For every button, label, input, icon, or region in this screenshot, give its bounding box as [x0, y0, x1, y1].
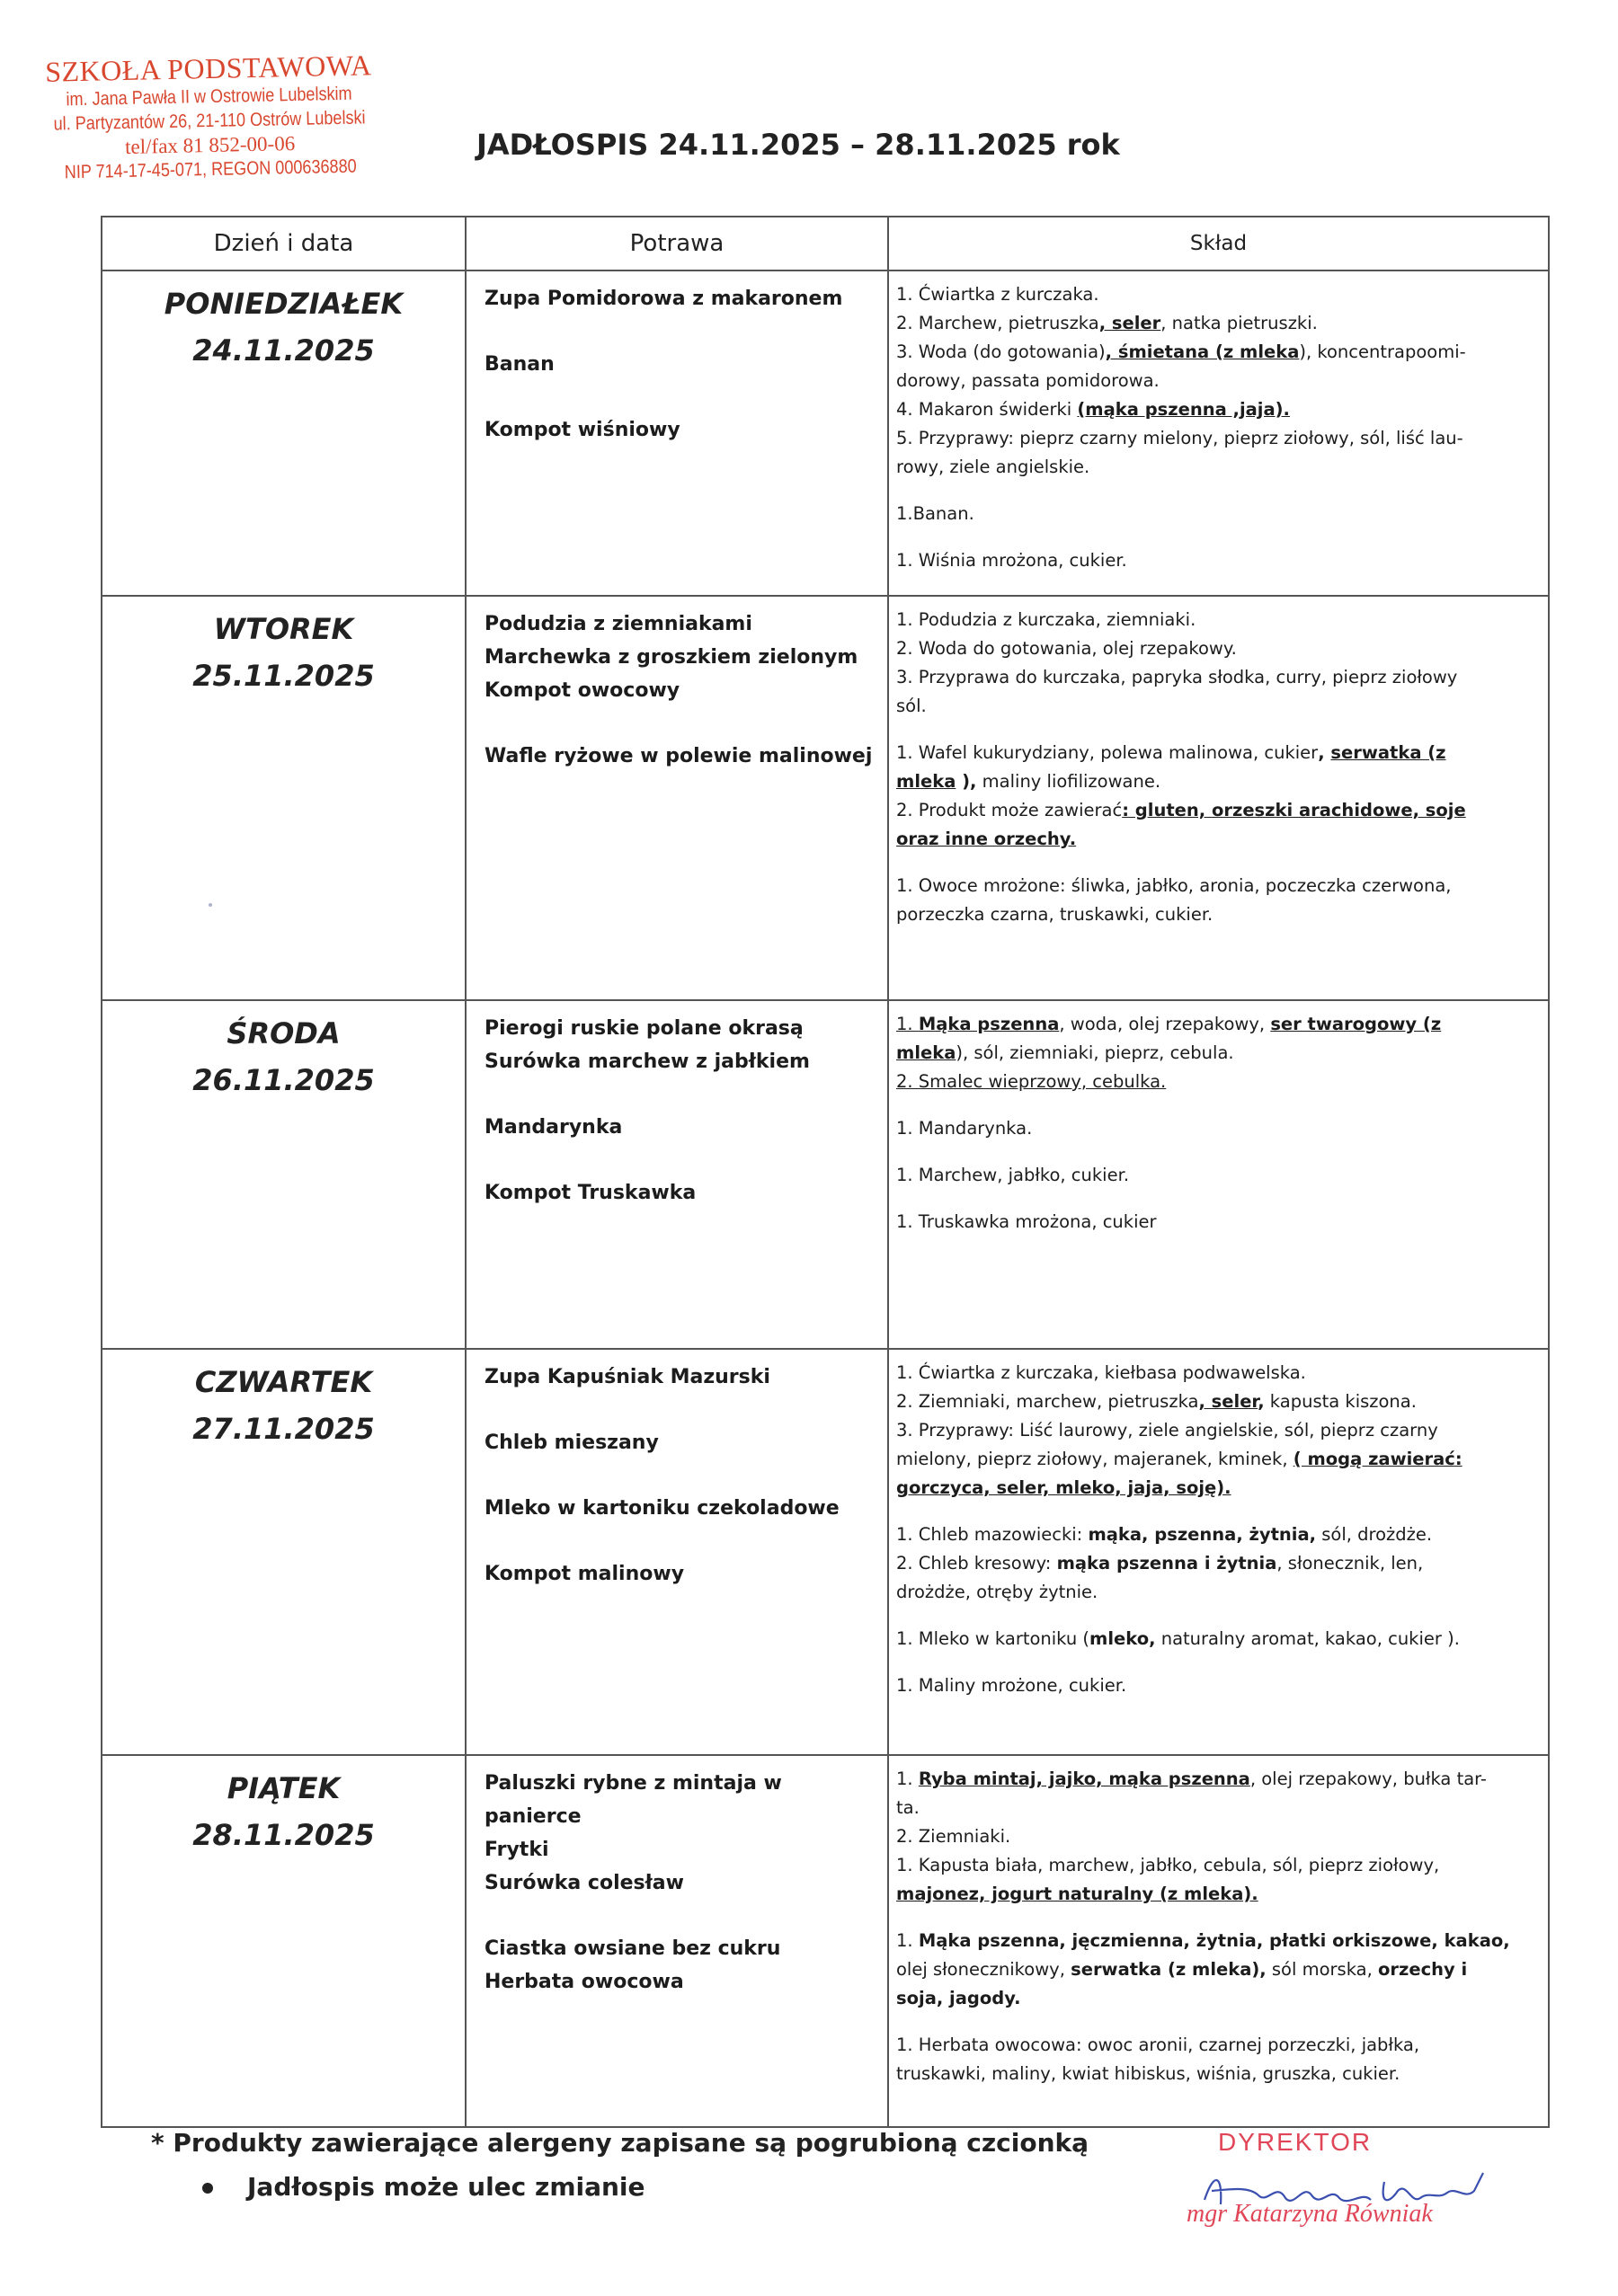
- ingredient-group: 1. Ćwiartka z kurczaka.2. Marchew, pietr…: [896, 280, 1535, 482]
- dish-item: Ciastka owsiane bez cukru: [485, 1932, 878, 1965]
- dish-item: Paluszki rybne z mintaja w panierce: [485, 1767, 878, 1833]
- dish-item: Banan: [485, 348, 878, 381]
- ingredient-group: 1. Wafel kukurydziany, polewa malinowa, …: [896, 739, 1535, 854]
- day-cell: CZWARTEK27.11.2025: [102, 1349, 466, 1755]
- ingredient-text: olej słonecznikowy,: [896, 1959, 1071, 1980]
- ingredient-text: 1. Ćwiartka z kurczaka.: [896, 284, 1099, 305]
- day-name: WTOREK: [103, 606, 464, 652]
- ingredient-text: , słonecznik, len,: [1276, 1553, 1423, 1574]
- allergen-text: mąka pszenna i żytnia: [1057, 1553, 1277, 1574]
- dishes-cell: Paluszki rybne z mintaja w panierceFrytk…: [466, 1755, 888, 2127]
- dish-item: Chleb mieszany: [485, 1426, 878, 1459]
- header-row: Dzień i data Potrawa Skład: [102, 217, 1549, 270]
- ingredient-line: mleka ), maliny liofilizowane.: [896, 767, 1535, 796]
- ingredient-text: ), koncentrapoomi-: [1299, 341, 1465, 362]
- allergen-text: : gluten, orzeszki arachidowe, soje: [1122, 800, 1466, 820]
- ingredient-group: 1.Banan.: [896, 500, 1535, 528]
- ingredient-text: truskawki, maliny, kwiat hibiskus, wiśni…: [896, 2063, 1400, 2084]
- allergen-text: serwatka (z: [1330, 742, 1445, 763]
- ingredient-line: 1. Wafel kukurydziany, polewa malinowa, …: [896, 739, 1535, 767]
- ingredient-line: 1. Ćwiartka z kurczaka.: [896, 280, 1535, 309]
- day-row: ŚRODA26.11.2025Pierogi ruskie polane okr…: [102, 1000, 1549, 1349]
- allergen-text: , śmietana (z mleka: [1106, 341, 1300, 362]
- dish-item: Kompot wiśniowy: [485, 413, 878, 447]
- ingredient-text: 2. Ziemniaki, marchew, pietruszka: [896, 1391, 1198, 1412]
- ingredients-cell: 1. Ćwiartka z kurczaka, kiełbasa podwawe…: [888, 1349, 1549, 1755]
- allergen-text: Ryba mintaj, jajko, mąka pszenna: [919, 1769, 1250, 1789]
- ingredient-text: drożdże, otręby żytnie.: [896, 1582, 1098, 1602]
- allergen-text: gorczyca, seler, mleko, jaja, soję).: [896, 1477, 1231, 1498]
- ingredient-line: 2. Woda do gotowania, olej rzepakowy.: [896, 634, 1535, 663]
- ingredient-text: 1. Marchew, jabłko, cukier.: [896, 1165, 1129, 1185]
- dish-item: Surówka colesław: [485, 1866, 878, 1900]
- allergen-text: soja, jagody.: [896, 1988, 1021, 2008]
- dish-item: Marchewka z groszkiem zielonym: [485, 641, 878, 674]
- ingredient-text: porzeczka czarna, truskawki, cukier.: [896, 904, 1213, 925]
- day-cell: ŚRODA26.11.2025: [102, 1000, 466, 1349]
- ingredient-line: dorowy, passata pomidorowa.: [896, 367, 1535, 395]
- ingredient-text: 1. Wiśnia mrożona, cukier.: [896, 550, 1127, 571]
- ingredient-group: 1. Ryba mintaj, jajko, mąka pszenna, ole…: [896, 1765, 1535, 1909]
- ingredients-cell: 1. Ryba mintaj, jajko, mąka pszenna, ole…: [888, 1755, 1549, 2127]
- ingredient-line: 1. Chleb mazowiecki: mąka, pszenna, żytn…: [896, 1520, 1535, 1549]
- ingredient-text: dorowy, passata pomidorowa.: [896, 370, 1160, 391]
- school-stamp: SZKOŁA PODSTAWOWA im. Jana Pawła II w Os…: [24, 49, 396, 186]
- allergen-text: (mąka pszenna ,jaja).: [1077, 399, 1290, 420]
- ingredient-text: sól morska,: [1267, 1959, 1378, 1980]
- director-name: mgr Katarzyna Równiak: [1187, 2200, 1433, 2229]
- ingredient-text: 2. Smalec wieprzowy, cebulka.: [896, 1071, 1166, 1092]
- dish-item: Kompot Truskawka: [485, 1176, 878, 1210]
- ingredient-text: 1.: [896, 1014, 919, 1034]
- allergen-text: oraz inne orzechy.: [896, 829, 1076, 849]
- ingredient-line: 1.Banan.: [896, 500, 1535, 528]
- ingredient-line: porzeczka czarna, truskawki, cukier.: [896, 900, 1535, 929]
- dish-item: Podudzia z ziemniakami: [485, 607, 878, 641]
- day-date: 27.11.2025: [103, 1405, 464, 1452]
- ingredient-line: 3. Przyprawy: Liść laurowy, ziele angiel…: [896, 1416, 1535, 1445]
- ingredient-text: rowy, ziele angielskie.: [896, 457, 1089, 477]
- ingredient-line: 5. Przyprawy: pieprz czarny mielony, pie…: [896, 424, 1535, 453]
- ingredient-text: 1.: [896, 1769, 919, 1789]
- ingredient-line: 1. Mąka pszenna, jęczmienna, żytnia, pła…: [896, 1927, 1535, 1955]
- ingredient-text: , natka pietruszki.: [1160, 313, 1318, 333]
- ingredient-line: 2. Produkt może zawierać: gluten, orzesz…: [896, 796, 1535, 825]
- ingredient-group: 1. Owoce mrożone: śliwka, jabłko, aronia…: [896, 872, 1535, 929]
- ingredient-group: 1. Mleko w kartoniku (mleko, naturalny a…: [896, 1625, 1535, 1653]
- ingredient-text: 2. Marchew, pietruszka: [896, 313, 1099, 333]
- ingredient-line: 1. Truskawka mrożona, cukier: [896, 1208, 1535, 1237]
- day-row: CZWARTEK27.11.2025Zupa Kapuśniak Mazursk…: [102, 1349, 1549, 1755]
- allergen-text: Mąka pszenna, jęczmienna, żytnia, płatki…: [919, 1930, 1510, 1951]
- ingredient-group: 1. Ćwiartka z kurczaka, kiełbasa podwawe…: [896, 1359, 1535, 1503]
- day-date: 24.11.2025: [103, 327, 464, 374]
- day-name: PONIEDZIAŁEK: [103, 280, 464, 327]
- allergen-text: ),: [956, 771, 976, 792]
- ingredient-line: 4. Makaron świderki (mąka pszenna ,jaja)…: [896, 395, 1535, 424]
- day-cell: WTOREK25.11.2025: [102, 596, 466, 1000]
- ingredient-line: majonez, jogurt naturalny (z mleka).: [896, 1880, 1535, 1909]
- ingredient-line: 2. Ziemniaki.: [896, 1822, 1535, 1851]
- ingredient-text: 1. Ćwiartka z kurczaka, kiełbasa podwawe…: [896, 1362, 1306, 1383]
- dishes-cell: Podudzia z ziemniakamiMarchewka z groszk…: [466, 596, 888, 1000]
- ingredient-text: mielony, pieprz ziołowy, majeranek, kmin…: [896, 1449, 1294, 1469]
- ingredient-text: sól.: [896, 696, 927, 716]
- day-cell: PIĄTEK28.11.2025: [102, 1755, 466, 2127]
- ingredient-text: 1. Wafel kukurydziany, polewa malinowa, …: [896, 742, 1318, 763]
- ingredient-group: 1. Mandarynka.: [896, 1114, 1535, 1143]
- dishes-cell: Zupa Kapuśniak MazurskiChleb mieszanyMle…: [466, 1349, 888, 1755]
- ingredient-line: mielony, pieprz ziołowy, majeranek, kmin…: [896, 1445, 1535, 1474]
- ingredient-text: 1. Mandarynka.: [896, 1118, 1032, 1139]
- dish-item: Surówka marchew z jabłkiem: [485, 1045, 878, 1078]
- ingredient-text: 5. Przyprawy: pieprz czarny mielony, pie…: [896, 428, 1463, 448]
- ingredient-text: sól, drożdże.: [1316, 1524, 1432, 1545]
- ingredient-line: 1. Wiśnia mrożona, cukier.: [896, 546, 1535, 575]
- ingredient-text: 1.Banan.: [896, 503, 974, 524]
- dish-item: Kompot malinowy: [485, 1557, 878, 1591]
- ingredient-text: 1. Kapusta biała, marchew, jabłko, cebul…: [896, 1855, 1439, 1875]
- allergen-text: ,: [1318, 742, 1330, 763]
- day-row: PONIEDZIAŁEK24.11.2025Zupa Pomidorowa z …: [102, 270, 1549, 596]
- ingredient-group: 1. Herbata owocowa: owoc aronii, czarnej…: [896, 2031, 1535, 2088]
- bullet-icon: [202, 2183, 213, 2194]
- dish-item: Pierogi ruskie polane okrasą: [485, 1012, 878, 1045]
- scan-speck: [209, 903, 212, 907]
- day-name: PIĄTEK: [103, 1765, 464, 1812]
- ingredient-text: 3. Przyprawa do kurczaka, papryka słodka…: [896, 667, 1457, 687]
- ingredient-line: soja, jagody.: [896, 1984, 1535, 2013]
- allergen-text: , seler: [1099, 313, 1161, 333]
- day-cell: PONIEDZIAŁEK24.11.2025: [102, 270, 466, 596]
- director-title: DYREKTOR: [1218, 2128, 1372, 2157]
- ingredient-text: 1. Herbata owocowa: owoc aronii, czarnej…: [896, 2034, 1419, 2055]
- dish-item: Mandarynka: [485, 1111, 878, 1144]
- day-date: 26.11.2025: [103, 1057, 464, 1104]
- ingredient-line: drożdże, otręby żytnie.: [896, 1578, 1535, 1607]
- ingredient-group: 1. Mąka pszenna, jęczmienna, żytnia, pła…: [896, 1927, 1535, 2013]
- dishes-cell: Zupa Pomidorowa z makaronemBananKompot w…: [466, 270, 888, 596]
- ingredient-line: 1. Owoce mrożone: śliwka, jabłko, aronia…: [896, 872, 1535, 900]
- ingredient-group: 1. Podudzia z kurczaka, ziemniaki.2. Wod…: [896, 606, 1535, 721]
- page-title: JADŁOSPIS 24.11.2025 – 28.11.2025 rok: [476, 128, 1120, 162]
- dish-item: Herbata owocowa: [485, 1965, 878, 1999]
- allergen-text: mleko,: [1089, 1628, 1155, 1649]
- ingredient-line: 1. Mleko w kartoniku (mleko, naturalny a…: [896, 1625, 1535, 1653]
- ingredient-text: kapusta kiszona.: [1265, 1391, 1417, 1412]
- ingredient-line: 2. Chleb kresowy: mąka pszenna i żytnia,…: [896, 1549, 1535, 1578]
- allergen-text: mleka: [896, 1042, 956, 1063]
- ingredient-text: 1. Podudzia z kurczaka, ziemniaki.: [896, 609, 1196, 630]
- dish-item: Zupa Pomidorowa z makaronem: [485, 282, 878, 315]
- ingredient-text: 2. Produkt może zawierać: [896, 800, 1122, 820]
- ingredient-line: gorczyca, seler, mleko, jaja, soję).: [896, 1474, 1535, 1503]
- allergen-text: ( mogą zawierać:: [1294, 1449, 1462, 1469]
- ingredients-cell: 1. Mąka pszenna, woda, olej rzepakowy, s…: [888, 1000, 1549, 1349]
- ingredient-text: 1. Chleb mazowiecki:: [896, 1524, 1088, 1545]
- ingredient-line: 1. Ćwiartka z kurczaka, kiełbasa podwawe…: [896, 1359, 1535, 1387]
- ingredient-group: 1. Truskawka mrożona, cukier: [896, 1208, 1535, 1237]
- header-dish: Potrawa: [466, 217, 888, 270]
- allergen-text: majonez, jogurt naturalny (z mleka).: [896, 1884, 1258, 1904]
- day-date: 28.11.2025: [103, 1812, 464, 1858]
- ingredient-group: 1. Mąka pszenna, woda, olej rzepakowy, s…: [896, 1010, 1535, 1096]
- ingredient-text: 3. Przyprawy: Liść laurowy, ziele angiel…: [896, 1420, 1438, 1441]
- ingredient-text: 1. Owoce mrożone: śliwka, jabłko, aronia…: [896, 875, 1451, 896]
- dish-item: Wafle ryżowe w polewie malinowej: [485, 740, 878, 773]
- ingredient-line: 3. Woda (do gotowania), śmietana (z mlek…: [896, 338, 1535, 367]
- ingredient-line: 1. Marchew, jabłko, cukier.: [896, 1161, 1535, 1190]
- ingredient-line: olej słonecznikowy, serwatka (z mleka), …: [896, 1955, 1535, 1984]
- menu-table: Dzień i data Potrawa Skład PONIEDZIAŁEK2…: [101, 216, 1550, 2128]
- ingredient-line: 2. Marchew, pietruszka, seler, natka pie…: [896, 309, 1535, 338]
- day-row: PIĄTEK28.11.2025Paluszki rybne z mintaja…: [102, 1755, 1549, 2127]
- ingredient-line: 3. Przyprawa do kurczaka, papryka słodka…: [896, 663, 1535, 692]
- day-date: 25.11.2025: [103, 652, 464, 699]
- ingredient-line: 2. Smalec wieprzowy, cebulka.: [896, 1068, 1535, 1096]
- header-day: Dzień i data: [102, 217, 466, 270]
- dish-item: Mleko w kartoniku czekoladowe: [485, 1492, 878, 1525]
- allergen-text: mleka: [896, 771, 956, 792]
- ingredients-cell: 1. Podudzia z kurczaka, ziemniaki.2. Wod…: [888, 596, 1549, 1000]
- ingredient-text: 1. Maliny mrożone, cukier.: [896, 1675, 1126, 1696]
- ingredient-text: 2. Chleb kresowy:: [896, 1553, 1057, 1574]
- ingredient-text: 1. Truskawka mrożona, cukier: [896, 1211, 1157, 1232]
- ingredient-text: 2. Ziemniaki.: [896, 1826, 1010, 1847]
- day-row: WTOREK25.11.2025Podudzia z ziemniakamiMa…: [102, 596, 1549, 1000]
- ingredient-line: 1. Kapusta biała, marchew, jabłko, cebul…: [896, 1851, 1535, 1880]
- ingredient-line: truskawki, maliny, kwiat hibiskus, wiśni…: [896, 2060, 1535, 2088]
- ingredient-line: sól.: [896, 692, 1535, 721]
- ingredient-group: 1. Chleb mazowiecki: mąka, pszenna, żytn…: [896, 1520, 1535, 1607]
- allergen-text: Mąka pszenna: [919, 1014, 1060, 1034]
- dishes-cell: Pierogi ruskie polane okrasąSurówka marc…: [466, 1000, 888, 1349]
- header-ingredients: Skład: [888, 217, 1549, 270]
- ingredient-line: mleka), sól, ziemniaki, pieprz, cebula.: [896, 1039, 1535, 1068]
- allergen-text: ,: [1258, 1391, 1264, 1412]
- allergen-text: orzechy i: [1378, 1959, 1467, 1980]
- allergen-text: mąka, pszenna, żytnia,: [1088, 1524, 1316, 1545]
- ingredient-text: , woda, olej rzepakowy,: [1059, 1014, 1270, 1034]
- ingredient-group: 1. Wiśnia mrożona, cukier.: [896, 546, 1535, 575]
- ingredient-text: 4. Makaron świderki: [896, 399, 1077, 420]
- ingredient-group: 1. Maliny mrożone, cukier.: [896, 1671, 1535, 1700]
- day-name: CZWARTEK: [103, 1359, 464, 1405]
- day-name: ŚRODA: [103, 1010, 464, 1057]
- ingredient-text: naturalny aromat, kakao, cukier ).: [1156, 1628, 1460, 1649]
- ingredient-line: 1. Herbata owocowa: owoc aronii, czarnej…: [896, 2031, 1535, 2060]
- dish-item: Frytki: [485, 1833, 878, 1866]
- allergen-text: serwatka (z mleka),: [1071, 1959, 1267, 1980]
- ingredient-text: 1. Mleko w kartoniku (: [896, 1628, 1089, 1649]
- dish-item: Kompot owocowy: [485, 674, 878, 707]
- ingredient-text: , olej rzepakowy, bułka tar-: [1250, 1769, 1487, 1789]
- ingredient-line: oraz inne orzechy.: [896, 825, 1535, 854]
- ingredient-line: rowy, ziele angielskie.: [896, 453, 1535, 482]
- ingredient-text: maliny liofilizowane.: [976, 771, 1160, 792]
- ingredient-line: 1. Ryba mintaj, jajko, mąka pszenna, ole…: [896, 1765, 1535, 1794]
- change-note: Jadłospis może ulec zmianie: [202, 2172, 645, 2202]
- ingredient-text: ta.: [896, 1797, 920, 1818]
- ingredient-line: 1. Mandarynka.: [896, 1114, 1535, 1143]
- change-note-text: Jadłospis może ulec zmianie: [247, 2172, 645, 2202]
- allergen-note: * Produkty zawierające alergeny zapisane…: [151, 2128, 1089, 2158]
- ingredient-line: 1. Mąka pszenna, woda, olej rzepakowy, s…: [896, 1010, 1535, 1039]
- ingredient-line: 1. Podudzia z kurczaka, ziemniaki.: [896, 606, 1535, 634]
- ingredient-line: ta.: [896, 1794, 1535, 1822]
- ingredient-line: 2. Ziemniaki, marchew, pietruszka, seler…: [896, 1387, 1535, 1416]
- allergen-text: ser twarogowy (z: [1270, 1014, 1441, 1034]
- ingredient-text: 3. Woda (do gotowania): [896, 341, 1106, 362]
- ingredient-group: 1. Marchew, jabłko, cukier.: [896, 1161, 1535, 1190]
- allergen-text: , seler: [1198, 1391, 1258, 1412]
- ingredients-cell: 1. Ćwiartka z kurczaka.2. Marchew, pietr…: [888, 270, 1549, 596]
- ingredient-text: 2. Woda do gotowania, olej rzepakowy.: [896, 638, 1237, 659]
- ingredient-line: 1. Maliny mrożone, cukier.: [896, 1671, 1535, 1700]
- dish-item: Zupa Kapuśniak Mazurski: [485, 1361, 878, 1394]
- ingredient-text: ), sól, ziemniaki, pieprz, cebula.: [956, 1042, 1233, 1063]
- ingredient-text: 1.: [896, 1930, 919, 1951]
